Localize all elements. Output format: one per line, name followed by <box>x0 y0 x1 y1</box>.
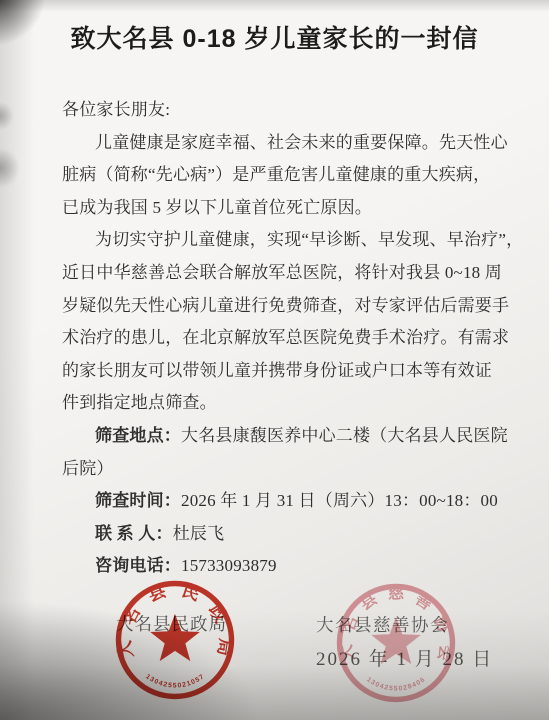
stamp-code: 1304255021057 <box>144 673 205 689</box>
screening-time-value: 2026 年 1 月 31 日（周六）13：00~18：00 <box>181 491 498 510</box>
salutation: 各位家长朋友: <box>62 94 514 127</box>
screening-location-value-cont: 后院） <box>62 453 514 486</box>
stamp-code: 1304255028406 <box>365 676 426 692</box>
svg-text:1304255028406: 1304255028406 <box>365 676 426 692</box>
body-line: 儿童健康是家庭幸福、社会未来的重要保障。先天性心 <box>62 127 514 160</box>
body-line: 近日中华慈善总会联合解放军总医院，将针对我县 0~18 周 <box>62 257 514 290</box>
civil-affairs-bureau-stamp-icon: 大名县民政局 1304255021057 <box>112 577 238 703</box>
body-line: 脏病（简称“先心病”）是严重危害儿童健康的重大疾病， <box>62 159 514 192</box>
body-line: 件到指定地点筛查。 <box>62 387 514 420</box>
contact-line: 联 系 人：杜辰飞 <box>62 518 514 551</box>
body-line: 为切实守护儿童健康，实现“早诊断、早发现、早治疗”， <box>62 224 514 257</box>
body-line: 术治疗的患儿，在北京解放军总医院免费手术治疗。有需求 <box>62 322 514 355</box>
letter-page: 致大名县 0-18 岁儿童家长的一封信 各位家长朋友: 儿童健康是家庭幸福、社会… <box>0 0 549 720</box>
body-line: 已成为我国 5 岁以下儿童首位死亡原因。 <box>62 192 514 225</box>
svg-text:1304255021057: 1304255021057 <box>144 673 205 689</box>
screening-location-value: 大名县康馥医养中心二楼（大名县人民医院 <box>181 426 508 445</box>
contact-label: 联 系 人： <box>95 524 173 543</box>
screening-time-line: 筛查时间：2026 年 1 月 31 日（周六）13：00~18：00 <box>62 485 514 518</box>
letter-body: 各位家长朋友: 儿童健康是家庭幸福、社会未来的重要保障。先天性心 脏病（简称“先… <box>62 94 514 583</box>
body-line: 岁疑似先天性心病儿童进行免费筛查，对专家评估后需要手 <box>62 290 514 323</box>
charity-association-stamp-icon: 大名县慈善协会 1304255028406 <box>333 580 459 706</box>
screening-time-label: 筛查时间： <box>95 491 181 510</box>
screening-location-line: 筛查地点：大名县康馥医养中心二楼（大名县人民医院 <box>62 420 514 453</box>
star-icon <box>371 617 421 664</box>
phone-label: 咨询电话： <box>95 556 181 575</box>
screening-location-label: 筛查地点： <box>95 426 181 445</box>
body-line: 的家长朋友可以带领儿童并携带身份证或户口本等有效证 <box>62 355 514 388</box>
star-icon <box>150 614 200 661</box>
phone-value: 15733093879 <box>181 556 277 575</box>
page-title: 致大名县 0-18 岁儿童家长的一封信 <box>0 19 549 55</box>
contact-value: 杜辰飞 <box>173 524 225 543</box>
